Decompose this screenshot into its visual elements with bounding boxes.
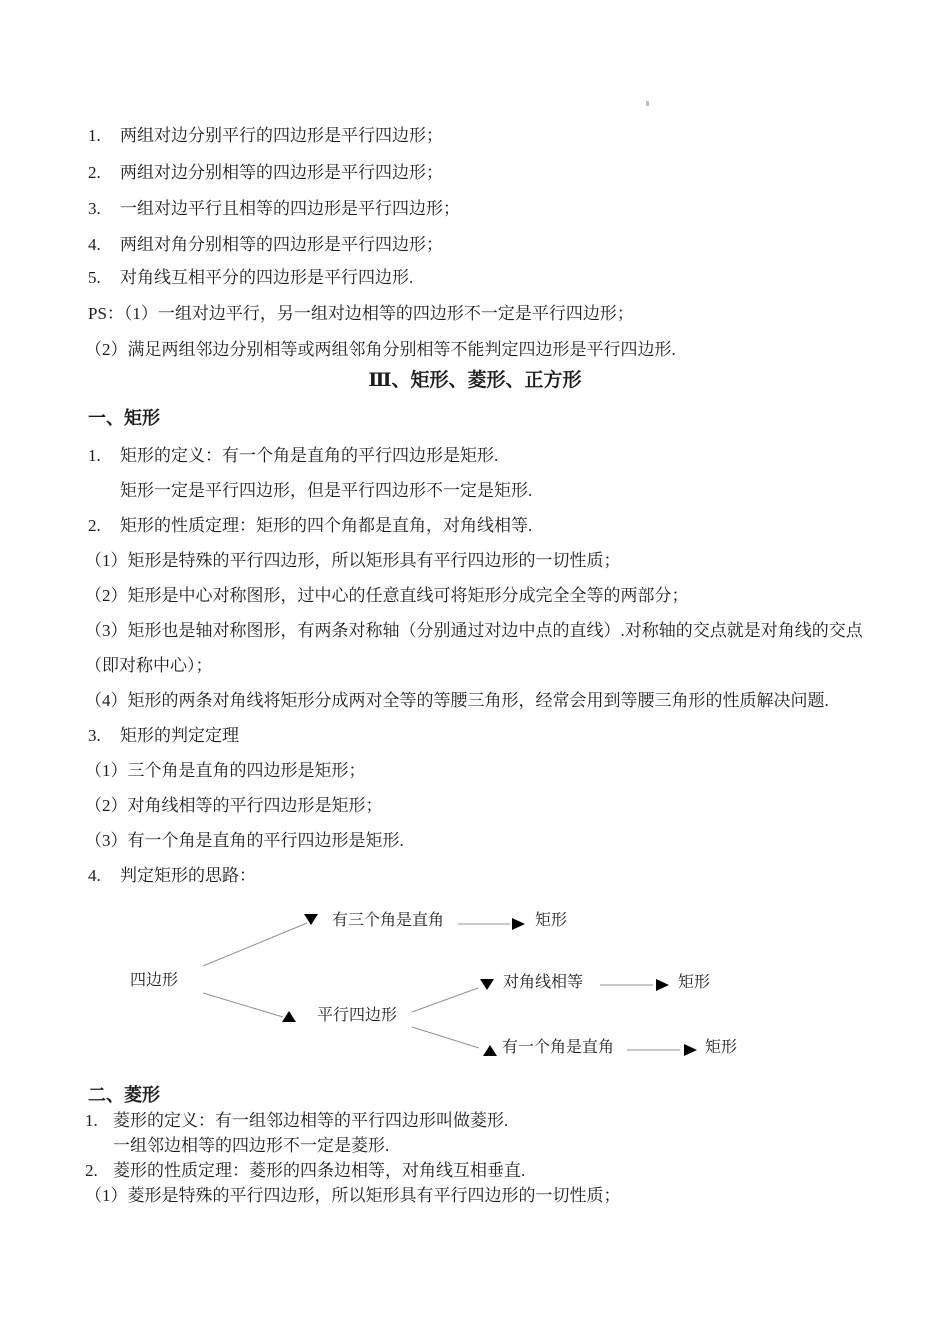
item-number: 2. [88,163,101,183]
item-text: 一组邻边相等的四边形不一定是菱形. [113,1136,389,1156]
item-text: 菱形的性质定理：菱形的四条边相等，对角线互相垂直. [113,1161,525,1181]
arrowhead-right-icon [684,1044,697,1056]
flow-line [412,1027,479,1048]
item-text: （2）对角线相等的平行四边形是矩形； [85,796,383,816]
item-number: 4. [88,235,101,255]
item-text: （1）三个角是直角的四边形是矩形； [85,761,366,781]
item-text: （3）矩形也是轴对称图形，有两条对称轴（分别通过对边中点的直线）.对称轴的交点就… [85,621,863,641]
item-text: （3）有一个角是直角的平行四边形是矩形. [85,831,404,851]
flow-line [203,993,283,1017]
item-number: 4. [88,866,101,886]
arrowhead-up-icon [483,1045,497,1056]
arrowhead-up-icon [282,1011,296,1022]
item-number: 2. [85,1161,98,1181]
item-text: 两组对边分别相等的四边形是平行四边形； [120,163,443,183]
flow-line [412,988,478,1012]
diagram-node-parallelogram: 平行四边形 [317,1006,397,1025]
item-text: 对角线互相平分的四边形是平行四边形. [120,268,413,288]
chapter-heading: Ⅲ、矩形、菱形、正方形 [0,370,950,392]
ps-text: PS：（1）一组对边平行，另一组对边相等的四边形不一定是平行四边形； [88,304,634,324]
item-number: 2. [88,516,101,536]
arrowhead-down-icon [480,979,494,990]
item-number: 3. [88,199,101,219]
item-number: 1. [88,446,101,466]
flow-line [203,923,307,966]
item-number: 3. [88,726,101,746]
diagram-node-rectangle: 矩形 [535,911,567,930]
diagram-node-rectangle: 矩形 [678,973,710,992]
arrowhead-right-icon [512,918,525,930]
item-text: 菱形的定义：有一组邻边相等的平行四边形叫做菱形. [113,1111,508,1131]
item-text: （1）菱形是特殊的平行四边形，所以矩形具有平行四边形的一切性质； [85,1186,621,1206]
diagram-node-condition-three-right-angles: 有三个角是直角 [332,911,444,930]
stray-mark [646,101,649,106]
item-text: （即对称中心）； [85,656,213,676]
diagram-node-rectangle: 矩形 [705,1038,737,1057]
item-text: 矩形的判定定理 [120,726,239,746]
item-text: （1）矩形是特殊的平行四边形，所以矩形具有平行四边形的一切性质； [85,551,621,571]
item-text: （4）矩形的两条对角线将矩形分成两对全等的等腰三角形，经常会用到等腰三角形的性质… [85,691,829,711]
section-heading-rhombus: 二、菱形 [88,1085,160,1106]
document-page: 1. 两组对边分别平行的四边形是平行四边形； 2. 两组对边分别相等的四边形是平… [0,0,950,1344]
item-number: 5. [88,268,101,288]
diagram-node-condition-one-right-angle: 有一个角是直角 [502,1038,614,1057]
item-number: 1. [85,1111,98,1131]
item-text: 矩形一定是平行四边形，但是平行四边形不一定是矩形. [120,481,532,501]
item-number: 1. [88,126,101,146]
item-text: 矩形的定义：有一个角是直角的平行四边形是矩形. [120,446,498,466]
item-text: 一组对边平行且相等的四边形是平行四边形； [120,199,460,219]
arrowhead-right-icon [656,979,669,991]
section-heading-rectangle: 一、矩形 [88,408,160,429]
item-text: 两组对边分别平行的四边形是平行四边形； [120,126,443,146]
ps-text: （2）满足两组邻边分别相等或两组邻角分别相等不能判定四边形是平行四边形. [85,340,676,360]
item-text: 两组对角分别相等的四边形是平行四边形； [120,235,443,255]
diagram-node-condition-equal-diagonals: 对角线相等 [503,973,583,992]
item-text: 判定矩形的思路： [120,866,256,886]
item-text: （2）矩形是中心对称图形，过中心的任意直线可将矩形分成完全全等的两部分； [85,586,689,606]
item-text: 矩形的性质定理：矩形的四个角都是直角，对角线相等. [120,516,532,536]
diagram-node-quadrilateral: 四边形 [130,971,178,990]
